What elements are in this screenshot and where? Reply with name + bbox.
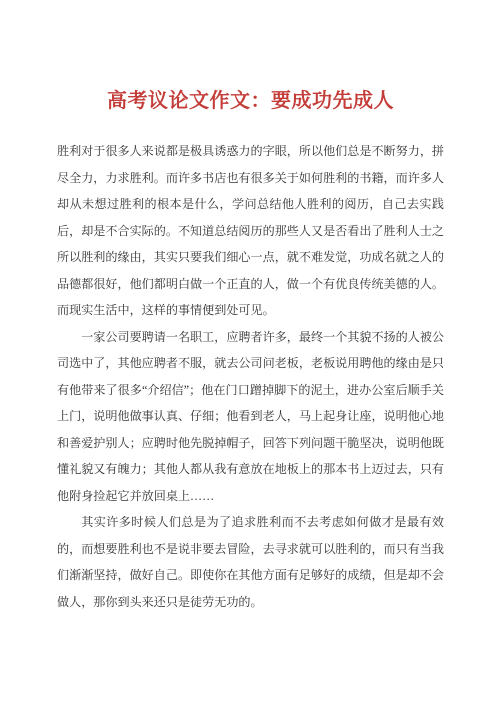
paragraph-3: 其实许多时候人们总是为了追求胜利而不去考虑如何做才是最有效的，而想要胜利也不是说… bbox=[57, 509, 444, 615]
paragraph-1: 胜利对于很多人来说都是极具诱惑力的字眼，所以他们总是不断努力，拼尽全力，力求胜利… bbox=[57, 138, 444, 324]
document-title: 高考议论文作文：要成功先成人 bbox=[57, 86, 444, 116]
document-body: 胜利对于很多人来说都是极具诱惑力的字眼，所以他们总是不断努力，拼尽全力，力求胜利… bbox=[57, 138, 444, 615]
paragraph-2: 一家公司要聘请一名职工，应聘者许多，最终一个其貌不扬的人被公司选中了，其他应聘者… bbox=[57, 324, 444, 510]
document-page: 高考议论文作文：要成功先成人 胜利对于很多人来说都是极具诱惑力的字眼，所以他们总… bbox=[0, 0, 500, 707]
